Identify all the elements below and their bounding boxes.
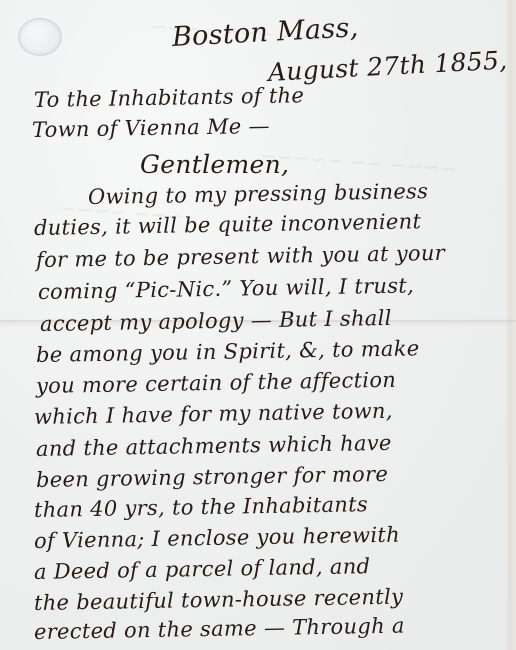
letter-body-line: coming “Pic-Nic.” You will, I trust, [38, 273, 414, 304]
letter-body-line: for me to be present with you at your [36, 241, 445, 272]
address-line: Town of Vienna Me — [32, 114, 270, 142]
letter-body-line: Owing to my pressing business [88, 179, 429, 209]
embossed-seal-icon [18, 18, 62, 56]
letter-body-line: and the attachments which have [36, 431, 392, 461]
letter-body-line: duties, it will be quite inconvenient [34, 209, 422, 240]
letter-body-line: which I have for my native town, [34, 399, 393, 429]
letter-body-line: of Vienna; I enclose you herewith [34, 523, 400, 553]
letter-body-line: than 40 yrs, to the Inhabitants [34, 492, 368, 522]
letter-body-line: been growing stronger for more [36, 462, 388, 492]
letter-body-line: erected on the same — Through a [34, 614, 405, 644]
date-line: August 27th 1855, [267, 45, 508, 87]
letter-body-line: be among you in Spirit, &, to make [36, 336, 420, 367]
letter-body-line: accept my apology — But I shall [40, 306, 392, 336]
letter-page: ~~~ ~~~~ ~~~ ~~~~ ~~ ~~~~~ ~~~ ~~~~ Bost… [0, 0, 516, 650]
letter-body-line: you more certain of the affection [36, 368, 397, 398]
letter-body-line: the beautiful town-house recently [34, 585, 404, 615]
place-line: Boston Mass, [171, 12, 359, 53]
letter-body-line: a Deed of a parcel of land, and [34, 554, 371, 584]
salutation: Gentlemen, [140, 150, 289, 179]
address-line: To the Inhabitants of the [34, 83, 305, 112]
